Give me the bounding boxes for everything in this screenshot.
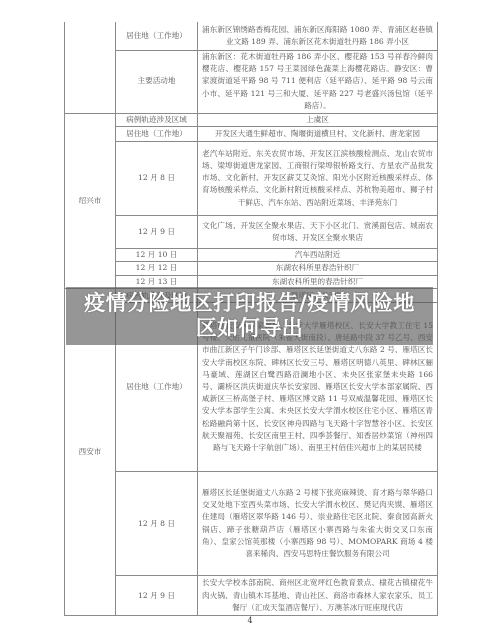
row-content: 上虞区 [198, 113, 438, 126]
row-content: 文化广场、开发区全聚水果店、天下小区北门、赏溪面包店、城南农贸市场、开发区全聚水… [198, 215, 438, 248]
city-cell [65, 22, 116, 113]
table-row: 绍兴市 病例轨迹涉及区域 上虞区 [65, 113, 438, 126]
table-row: 12 月 8 日 雁塔区长延堡街道丈八东路 2 号楼下张亮麻辣烫、育才路与翠华路… [65, 472, 438, 576]
table-row: 居住地（工作地） 开发区大通生鲜超市、陶堰街道横旦村、文化新村、唐龙家园 [65, 126, 438, 141]
row-label: 12 月 8 日 [116, 472, 198, 576]
table-row: 居住地（工作地） 浦东新区锦绣路香梅花园、浦东新区海阳路 1080 弄、青浦区赵… [65, 22, 438, 50]
row-label: 主要活动地 [116, 50, 198, 113]
row-content: 老汽车站附近、东关农贸市场、开发区江滨核酸检测点、龙山农贸市场、梁埠街道唐龙家园… [198, 141, 438, 215]
table-row: 12 月 9 日 文化广场、开发区全聚水果店、天下小区北门、赏溪面包店、城南农贸… [65, 215, 438, 248]
row-label: 12 月 12 日 [116, 261, 198, 275]
row-content: 东湖农科所里春浩针织厂 [198, 261, 438, 275]
page-number: 4 [0, 616, 500, 625]
row-content: 雁塔区长延堡街道丈八东路 2 号楼下张亮麻辣烫、育才路与翠华路口交叉处地下室西头… [198, 472, 438, 576]
row-label: 12 月 8 日 [116, 141, 198, 215]
row-label: 12 月 10 日 [116, 248, 198, 261]
row-content: 浦东新区：花木街道牡丹路 186 弄小区、樱花路 153 号祥春冷鲜肉樱花店、樱… [198, 50, 438, 113]
city-cell: 绍兴市 [65, 113, 116, 289]
table-row: 12 月 9 日 长安大学校本部南院、商州区北宽坪红色教育景点、棣花古镇棣花牛肉… [65, 576, 438, 616]
overlay-title: 疫情分险地区打印报告/疫情风险地区如何导出 [80, 291, 420, 341]
table-row: 12 月 10 日 汽车西站附近 [65, 248, 438, 261]
row-label: 居住地（工作地） [116, 126, 198, 141]
row-label: 12 月 9 日 [116, 576, 198, 616]
row-label: 居住地（工作地） [116, 22, 198, 50]
row-content: 开发区大通生鲜超市、陶堰街道横旦村、文化新村、唐龙家园 [198, 126, 438, 141]
row-content: 长安大学校本部南院、商州区北宽坪红色教育景点、棣花古镇棣花牛肉火锅、青山镇木耳基… [198, 576, 438, 616]
document-page: 居住地（工作地） 浦东新区锦绣路香梅花园、浦东新区海阳路 1080 弄、青浦区赵… [0, 0, 500, 631]
row-label: 病例轨迹涉及区域 [116, 113, 198, 126]
row-label: 12 月 9 日 [116, 215, 198, 248]
table-row: 主要活动地 浦东新区：花木街道牡丹路 186 弄小区、樱花路 153 号祥春冷鲜… [65, 50, 438, 113]
row-content: 汽车西站附近 [198, 248, 438, 261]
table-row: 12 月 8 日 老汽车站附近、东关农贸市场、开发区江滨核酸检测点、龙山农贸市场… [65, 141, 438, 215]
table-row: 12 月 12 日 东湖农科所里春浩针织厂 [65, 261, 438, 275]
title-overlay-banner: 疫情分险地区打印报告/疫情风险地区如何导出 [66, 287, 433, 345]
row-content: 浦东新区锦绣路香梅花园、浦东新区海阳路 1080 弄、青浦区赵巷镇业文路 189… [198, 22, 438, 50]
